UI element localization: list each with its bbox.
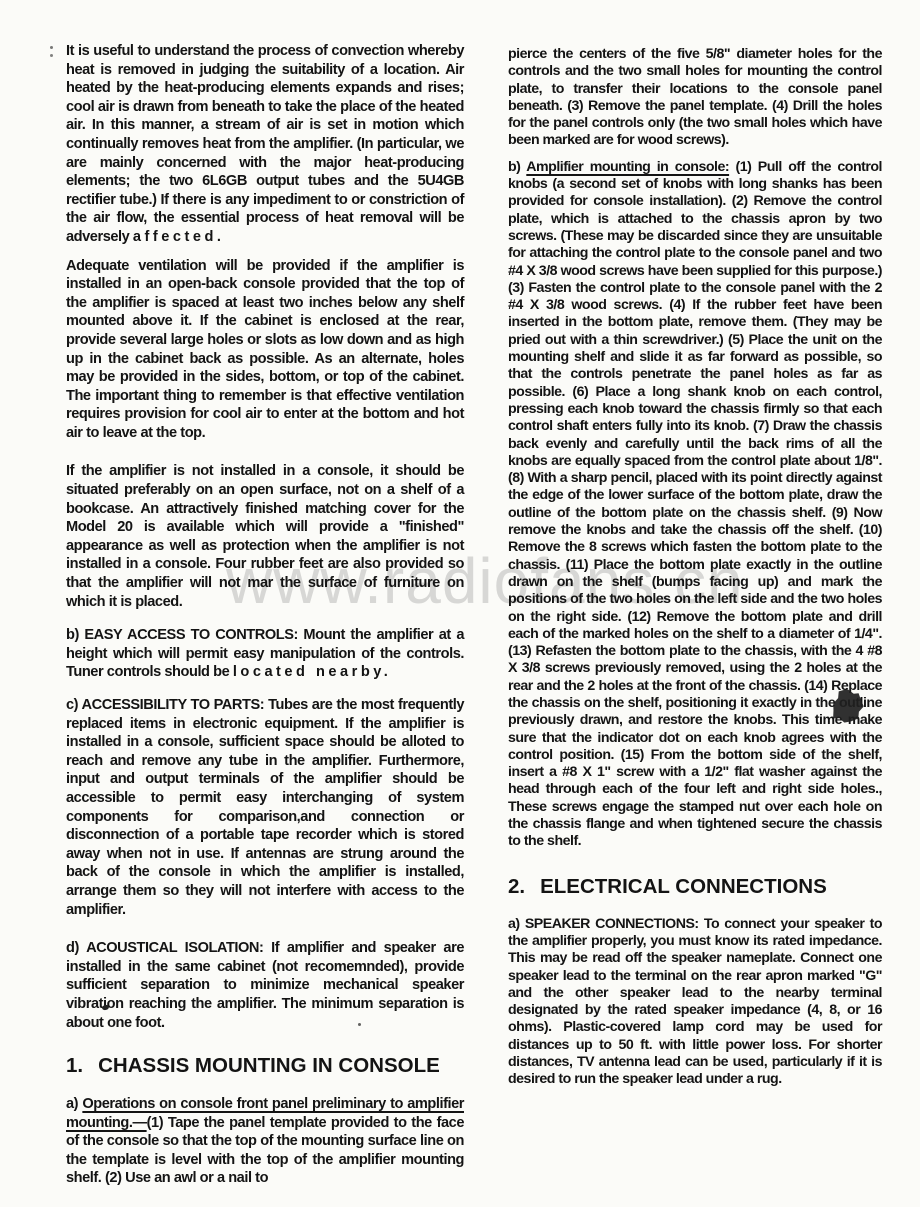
left-column: It is useful to understand the process o… <box>66 42 464 1188</box>
section-label: a) <box>508 916 520 932</box>
section-title: ACCESSIBILITY TO PARTS: <box>82 697 265 713</box>
heading-number: 1. <box>66 1054 83 1077</box>
section-label: a) <box>66 1096 78 1112</box>
para-placement: If the amplifier is not installed in a c… <box>66 462 464 611</box>
section-label: c) <box>66 697 78 713</box>
para-template-continuation: pierce the centers of the five 5/8" diam… <box>508 46 882 150</box>
section-easy-access: b) EASY ACCESS TO CONTROLS: Mount the am… <box>66 626 464 682</box>
section-body-spaced-words: located nearby. <box>233 664 391 680</box>
scan-speck <box>358 1023 361 1026</box>
para-convection-body: It is useful to understand the process o… <box>66 43 464 245</box>
scan-speck <box>50 46 53 49</box>
section-body: Tubes are the most frequently replaced i… <box>66 697 464 918</box>
heading-title: CHASSIS MOUNTING IN CONSOLE <box>98 1054 440 1077</box>
section-label: b) <box>66 627 79 643</box>
heading-chassis-mounting: 1.CHASSIS MOUNTING IN CONSOLE <box>66 1054 464 1077</box>
heading-number: 2. <box>508 875 525 898</box>
section-label: d) <box>66 940 79 956</box>
section-title-underlined: Amplifier mounting in console: <box>526 159 729 175</box>
section-body: To connect your speaker to the amplifier… <box>508 916 882 1088</box>
section-amplifier-mounting: b) Amplifier mounting in console: (1) Pu… <box>508 159 882 851</box>
section-console-panel-operations: a) Operations on console front panel pre… <box>66 1095 464 1188</box>
para-convection-spaced-word: affected. <box>133 229 225 245</box>
section-label: b) <box>508 159 520 175</box>
section-accessibility: c) ACCESSIBILITY TO PARTS: Tubes are the… <box>66 696 464 919</box>
scanned-manual-page: www.radiofans.cn It is useful to underst… <box>0 0 920 1207</box>
section-body: (1) Pull off the control knobs (a second… <box>508 159 882 850</box>
right-column: pierce the centers of the five 5/8" diam… <box>508 46 882 1089</box>
section-title: EASY ACCESS TO CONTROLS: <box>84 627 298 643</box>
section-title: SPEAKER CONNECTIONS: <box>525 916 699 932</box>
section-acoustical-isolation: d) ACOUSTICAL ISOLATION: If amplifier an… <box>66 939 464 1032</box>
section-title: ACOUSTICAL ISOLATION: <box>86 940 263 956</box>
heading-title: ELECTRICAL CONNECTIONS <box>540 875 827 898</box>
para-convection: It is useful to understand the process o… <box>66 42 464 247</box>
para-ventilation: Adequate ventilation will be provided if… <box>66 257 464 443</box>
section-speaker-connections: a) SPEAKER CONNECTIONS: To connect your … <box>508 916 882 1089</box>
heading-electrical-connections: 2.ELECTRICAL CONNECTIONS <box>508 875 882 898</box>
